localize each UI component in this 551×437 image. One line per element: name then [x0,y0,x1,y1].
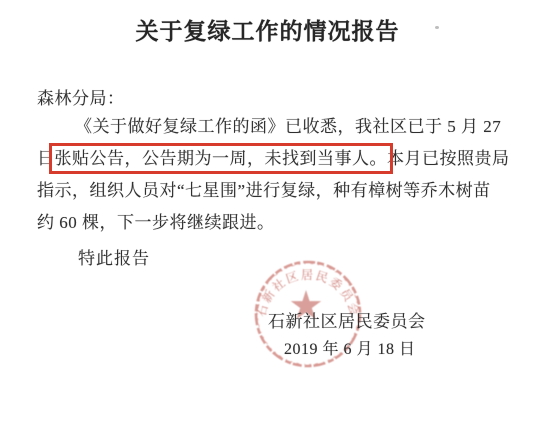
signature-committee: 石新社区居民委员会 [268,307,426,332]
para-line-1: 《关于做好复绿工作的函》已收悉，我社区已于 5 月 27 [37,111,523,143]
scan-speck [435,26,439,29]
scanned-document-page: 关于复绿工作的情况报告 森林分局： 《关于做好复绿工作的函》已收悉，我社区已于 … [0,0,551,437]
body-paragraph: 《关于做好复绿工作的函》已收悉，我社区已于 5 月 27 日张贴公告，公告期为一… [37,111,523,239]
para-line-2: 日张贴公告，公告期为一周，未找到当事人。本月已按照贵局 [37,143,523,175]
document-title: 关于复绿工作的情况报告 [0,13,535,46]
para-line-4: 约 60 棵，下一步将继续跟进。 [37,207,523,239]
para-line-2-post: 本月已按照贵局 [387,149,510,168]
red-highlight-boxed-text: 张贴公告，公告期为一周，未找到当事人。 [55,149,388,168]
para-line-3: 指示，组织人员对“七星围”进行复绿，种有樟树等乔木树苗 [37,175,523,207]
closing-phrase: 特此报告 [78,244,150,269]
salutation: 森林分局： [37,84,125,109]
para-line-2-pre: 日 [37,149,55,168]
signature-date: 2019 年 6 月 18 日 [284,336,416,359]
